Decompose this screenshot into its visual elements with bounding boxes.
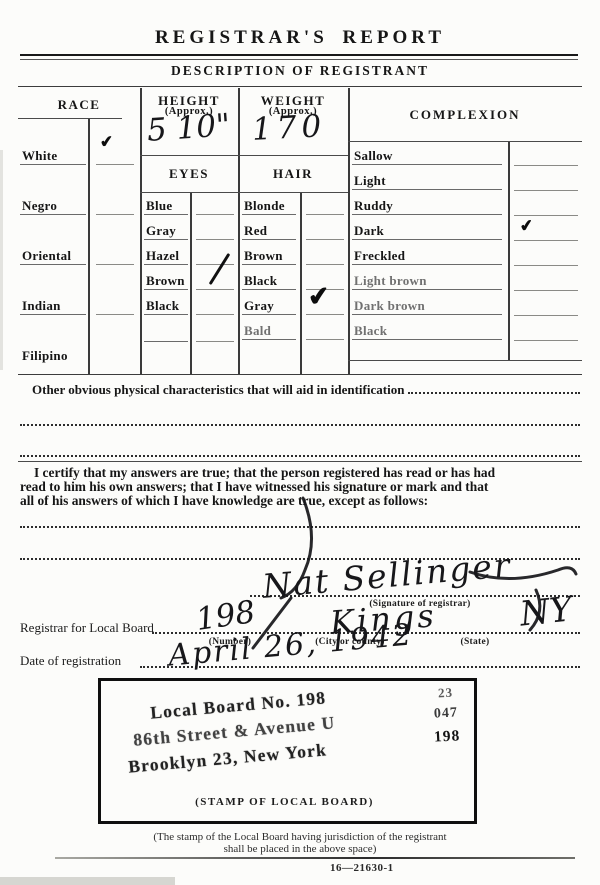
eyes-column-header: EYES [140,166,238,182]
hair-column-header: HAIR [238,166,348,182]
complexion-option-light-brown: Light brown [354,273,427,289]
divider [55,857,575,859]
form-code: 16—21630-1 [330,862,394,874]
divider [196,264,234,265]
eyes-option-blue: Blue [146,198,172,214]
complexion-dark-checkmark: ✔ [519,218,535,236]
divider [352,314,502,315]
divider [514,265,578,266]
divider [20,314,86,315]
divider [20,214,86,215]
divider [196,289,234,290]
divider [514,165,578,166]
complexion-option-sallow: Sallow [354,148,393,164]
divider [196,239,234,240]
race-column-header: RACE [18,97,140,113]
hair-option-blonde: Blonde [244,198,285,214]
eyes-option-hazel: Hazel [146,248,179,264]
divider [140,155,348,156]
hair-gray-checkmark: ✔ [307,283,331,311]
registration-date-label: Date of registration [20,653,121,669]
eyes-option-gray: Gray [146,223,176,239]
state-caption: (State) [440,637,510,647]
registrar-board-label: Registrar for Local Board [20,620,154,636]
divider [508,141,510,360]
scan-artifact [0,150,3,370]
hair-option-red: Red [244,223,267,239]
divider [514,340,578,341]
blank-line [20,455,580,457]
divider [96,214,134,215]
complexion-option-freckled: Freckled [354,248,405,264]
state-handwritten: NY [518,589,574,634]
height-value-handwritten: 5 10" [146,107,232,149]
complexion-column-header: COMPLEXION [348,107,582,123]
divider [352,239,502,240]
divider [88,118,90,374]
registrars-report-document: REGISTRAR'S REPORT DESCRIPTION OF REGIST… [0,0,600,885]
divider [18,86,582,87]
divider [238,88,240,374]
divider [196,341,234,342]
hair-option-brown: Brown [244,248,283,264]
scan-artifact [0,877,175,885]
blank-line [20,424,580,426]
divider [242,264,296,265]
eyes-brown-checkmark [209,253,231,285]
weight-value-handwritten: 170 [251,108,327,148]
divider [408,392,580,394]
divider [242,214,296,215]
divider [20,264,86,265]
hair-option-black: Black [244,273,277,289]
divider [514,190,578,191]
divider [20,164,86,165]
divider [348,141,582,142]
page-title: REGISTRAR'S REPORT [0,27,600,49]
divider [306,339,344,340]
divider [514,240,578,241]
divider [18,374,582,375]
divider [190,192,192,374]
other-characteristics-label: Other obvious physical characteristics t… [32,383,404,398]
divider [352,339,502,340]
complexion-option-black: Black [354,323,387,339]
stamp-number-23: 23 [438,685,454,702]
divider [352,164,502,165]
divider [242,289,296,290]
divider [514,315,578,316]
race-option-indian: Indian [22,298,61,314]
divider [352,264,502,265]
stamp-number-198: 198 [434,727,461,746]
divider [18,118,122,119]
divider [306,264,344,265]
divider [348,88,350,374]
section-title: DESCRIPTION OF REGISTRANT [0,63,600,79]
divider [352,214,502,215]
hair-option-bald: Bald [244,323,271,339]
divider [196,214,234,215]
complexion-option-dark-brown: Dark brown [354,298,425,314]
divider [144,239,188,240]
hair-option-gray: Gray [244,298,274,314]
divider [96,264,134,265]
complexion-option-ruddy: Ruddy [354,198,393,214]
race-option-oriental: Oriental [22,248,71,264]
race-option-filipino: Filipino [22,348,68,364]
divider [96,164,134,165]
divider [306,314,344,315]
divider [348,360,582,361]
divider [140,192,348,193]
race-option-negro: Negro [22,198,57,214]
divider [514,215,578,216]
divider [514,290,578,291]
complexion-option-light: Light [354,173,386,189]
complexion-option-dark: Dark [354,223,384,239]
race-option-white: White [22,148,57,164]
eyes-option-black: Black [146,298,179,314]
divider [144,314,188,315]
stamp-note-line2: shall be placed in the above space) [0,843,600,855]
divider [352,289,502,290]
divider [352,189,502,190]
divider [144,214,188,215]
divider [306,214,344,215]
divider [18,461,582,462]
stamp-note-line1: (The stamp of the Local Board having jur… [0,831,600,843]
divider [96,314,134,315]
stamp-number-047: 047 [434,705,459,722]
divider [242,339,296,340]
divider [144,289,188,290]
divider [306,239,344,240]
divider [242,314,296,315]
divider [196,314,234,315]
stamp-box-caption: (STAMP OF LOCAL BOARD) [98,796,471,808]
divider [144,264,188,265]
divider [242,239,296,240]
divider [300,192,302,374]
race-white-checkmark: ✔ [99,134,114,151]
divider [144,341,188,342]
divider [20,54,578,60]
divider [140,88,142,374]
eyes-option-brown: Brown [146,273,185,289]
